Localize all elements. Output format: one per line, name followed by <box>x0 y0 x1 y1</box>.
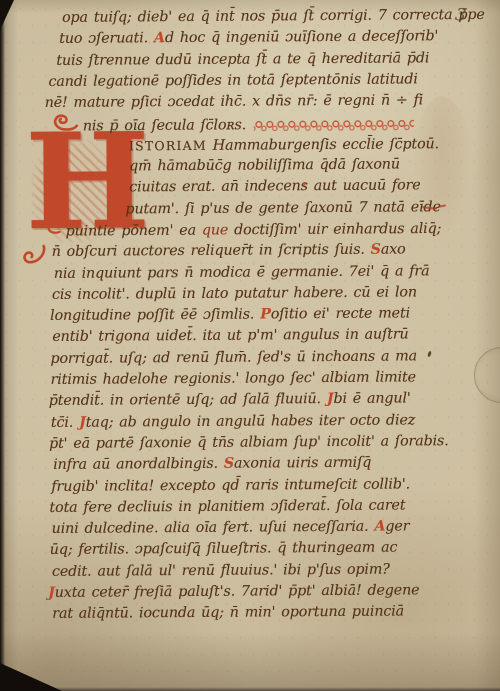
text-segment: tota fere decliuis in planitiem ɔſiderat… <box>49 497 405 515</box>
text-segment: ciuitas erat. an̄ indecens aut uacuū for… <box>129 178 420 196</box>
text-segment: nis p̄ oīa ſecula ſc̄loʀs. <box>83 118 246 135</box>
text-line: ISTORIAM Hammaburgenſis eccl̄ie ſc̄ptoū. <box>129 133 461 157</box>
rubricated-letter: P <box>260 307 271 323</box>
text-segment: taq; ab angulo in angulū habes iter octo… <box>86 412 416 430</box>
text-line: p̄tendit̄. in orientē uſq; ad ſalā fluui… <box>49 388 463 412</box>
text-segment: axo <box>381 242 406 258</box>
text-line: p̄t' eā partē ſaxonie q̄ tn̄s albiam ſup… <box>49 431 463 455</box>
parchment-page: 3 H opa tuiſq; dieb' ea q̄ int̄ nos p̄ua… <box>0 0 500 691</box>
text-segment: oſitio ei' recte meti <box>271 306 410 323</box>
text-segment: ritimis hadelohe regionis.' longo ſec' a… <box>51 369 416 388</box>
text-line: ritimis hadelohe regionis.' longo ſec' a… <box>51 367 463 391</box>
text-segment: p̄tendit̄. in orientē uſq; ad ſalā fluui… <box>49 391 327 409</box>
text-segment: p̄t' eā partē ſaxonie q̄ tn̄s albiam ſup… <box>49 433 449 452</box>
text-line: ciuitas erat. an̄ indecens aut uacuū for… <box>129 175 461 199</box>
text-line: tota fere decliuis in planitiem ɔſiderat… <box>49 495 463 519</box>
text-line: porrigat̄. uſq; ad renū flum̄. ſed's ū i… <box>50 346 462 370</box>
text-line: cis incolit'. duplū in lato putatur habe… <box>52 282 462 306</box>
text-segment: tc̄i. <box>51 414 79 430</box>
red-ink-dot <box>303 182 306 185</box>
text-segment: cedit. aut ſalā ul' renū fluuius.' ibi p… <box>52 561 390 579</box>
text-line: frugib' inclita! excepto qd̄ raris intum… <box>51 474 463 498</box>
text-segment: longitudine poſſit ēē ɔſimlis. <box>50 307 260 324</box>
line-filler-ornament <box>254 119 414 132</box>
text-line: ūq; fertilis. ɔpaſcuiſq̄ ſilueſtris. q̄ … <box>50 537 464 561</box>
gutter-shadow-edge <box>0 0 5 691</box>
text-line: nē! mature pſici ɔcedat ihc̄. x dn̄s nr̄… <box>45 90 461 114</box>
text-line: nis p̄ oīa ſecula ſc̄loʀs. <box>51 112 461 136</box>
text-segment: nē! mature pſici ɔcedat ihc̄. x dn̄s nr̄… <box>45 93 424 112</box>
text-segment: candi legationē poſſides in totā ſeptent… <box>48 71 417 90</box>
text-line: opa tuiſq; dieb' ea q̄ int̄ nos p̄ua ſt̄… <box>62 5 460 29</box>
text-segment: doctiſſim' uir einhardus aliq̄; <box>228 221 441 238</box>
text-segment: cis incolit'. duplū in lato putatur habe… <box>52 284 417 303</box>
manuscript-photo: 3 H opa tuiſq; dieb' ea q̄ int̄ nos p̄ua… <box>0 0 500 691</box>
text-line: rat aliq̄ntū. iocunda ūq; n̄ min' oportu… <box>52 601 464 625</box>
text-segment: putam'. ſi p'us de gente ſaxonū 7 natā e… <box>125 199 440 217</box>
manuscript-text: H opa tuiſq; dieb' ea q̄ int̄ nos p̄ua ſ… <box>40 5 464 626</box>
text-line: puintie pōnem' ea que doctiſſim' uir ein… <box>45 218 461 242</box>
text-segment: bi ē angul' <box>333 391 410 408</box>
text-segment: Hammaburgenſis eccl̄ie ſc̄ptoū. <box>207 136 439 154</box>
text-line: cedit. aut ſalā ul' renū fluuius.' ibi p… <box>52 559 464 583</box>
rubricated-letter: A <box>154 30 165 46</box>
text-segment: infra aū anordalbingis. <box>53 456 224 473</box>
text-line: entib' trigona uidet̄. ita ut p'm' angul… <box>52 325 462 349</box>
text-line: tuo ɔſeruati. Ad hoc q̄ ingeniū ɔuīſione… <box>59 26 460 50</box>
text-segment: axonia uiris armiſq̄ <box>234 455 371 472</box>
spiral-flourish-icon <box>51 114 79 139</box>
text-line: putam'. ſi p'us de gente ſaxonū 7 natā e… <box>125 197 461 221</box>
text-line: nia inquiunt pars n̄ modica ē germanie. … <box>54 261 462 285</box>
text-segment: que <box>202 222 228 238</box>
text-segment: ger <box>385 519 409 535</box>
text-line: n̄ obſcuri auctores reliquer̄t in ſcript… <box>52 239 462 263</box>
text-segment: d hoc q̄ ingeniū ɔuīſione a deceſſorib' <box>165 29 438 47</box>
text-segment: ūq; fertilis. ɔpaſcuiſq̄ ſilueſtris. q̄ … <box>50 540 398 558</box>
text-line: infra aū anordalbingis. Saxonia uiris ar… <box>53 452 463 476</box>
text-line: tc̄i. Jtaq; ab angulo in angulū habes it… <box>51 410 463 434</box>
text-segment: tuo ɔſeruati. <box>59 31 154 48</box>
text-segment: tuis ſtrennue dudū incepta ſt̄ a te q̄ h… <box>56 50 429 69</box>
rubricated-letter: S <box>371 242 381 258</box>
red-ink-smudge <box>422 204 452 216</box>
text-segment: frugib' inclita! excepto qd̄ raris intum… <box>51 476 410 495</box>
curl-flourish-icon <box>45 221 61 242</box>
text-line: candi legationē poſſides in totā ſeptent… <box>48 69 460 93</box>
text-segment: nia inquiunt pars n̄ modica ē germanie. … <box>54 263 430 282</box>
initial-tail-flourish-icon <box>22 243 48 269</box>
text-line: uini dulcedine. alia oīa fert. uſui nece… <box>52 516 464 540</box>
text-line: Juxta ceter̄ freſiā paluſt's. 7arid' p̄p… <box>48 580 464 604</box>
text-segment: uxta ceter̄ freſiā paluſt's. 7arid' p̄pt… <box>55 582 420 601</box>
text-segment: opa tuiſq; dieb' ea q̄ int̄ nos p̄ua ſt̄… <box>62 7 485 26</box>
text-segment: puintie pōnem' ea <box>66 223 202 240</box>
text-line: qm̄ hāmabūc̄g nobiliſſima q̄dā ſaxonū <box>129 154 461 178</box>
text-segment: entib' trigona uidet̄. ita ut p'm' angul… <box>52 327 408 345</box>
text-line: longitudine poſſit ēē ɔſimlis. Poſitio e… <box>50 303 462 327</box>
text-segment: ISTORIAM <box>129 138 207 154</box>
text-segment: rat aliq̄ntū. iocunda ūq; n̄ min' oportu… <box>52 604 404 622</box>
text-segment: n̄ obſcuri auctores reliquer̄t in ſcript… <box>52 242 371 260</box>
page-bottom-edge-shadow <box>40 687 500 691</box>
rubricated-letter: S <box>224 456 234 472</box>
text-segment: qm̄ hāmabūc̄g nobiliſſima q̄dā ſaxonū <box>129 157 400 175</box>
text-segment: porrigat̄. uſq; ad renū flum̄. ſed's ū i… <box>50 348 417 367</box>
rubricated-letter: A <box>374 519 385 535</box>
text-segment: uini dulcedine. alia oīa fert. uſui nece… <box>52 519 375 537</box>
text-line: tuis ſtrennue dudū incepta ſt̄ a te q̄ h… <box>56 48 460 72</box>
